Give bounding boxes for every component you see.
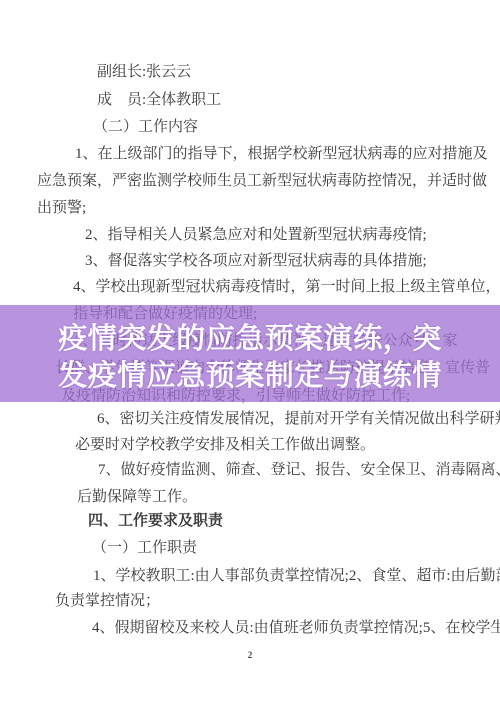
doc-line-item4: 4、学校出现新型冠状病毒疫情时，第一时间上报上级主管单位， <box>37 279 500 296</box>
doc-line-deputy-leader: 副组长:张云云 <box>37 64 500 81</box>
doc-line-item7: 7、做好疫情监测、筛查、登记、报告、安全保卫、消毒隔离、 <box>37 462 500 479</box>
document-page: 副组长:张云云 成 员:全体教职工 （二）工作内容 1、在上级部门的指导下，根据… <box>0 0 500 707</box>
doc-heading-work-content: （二）工作内容 <box>37 119 500 136</box>
doc-heading-duties: （一）工作职责 <box>37 540 500 557</box>
doc-line-item3: 3、督促落实学校各项应对新型冠状病毒的具体措施; <box>37 253 500 270</box>
doc-line-duty1: 1、学校教职工:由人事部负责掌控情况;2、食堂、超市:由后勤部 <box>37 568 500 585</box>
doc-heading-requirements: 四、工作要求及职责 <box>37 513 500 530</box>
doc-line-item6: 6、密切关注疫情发展情况，提前对开学有关情况做出科学研判， <box>37 411 500 428</box>
doc-line-members: 成 员:全体教职工 <box>37 92 500 109</box>
doc-line-item1-wrap2: 出预警; <box>37 200 467 217</box>
doc-line-item6-wrap: 必要时对学校教学安排及相关工作做出调整。 <box>37 437 500 454</box>
headline-overlay-banner: 疫情突发的应急预案演练，突 发疫情应急预案制定与演练情 <box>0 305 500 402</box>
doc-line-item1-wrap1: 应急预案，严密监测学校师生员工新型冠状病毒防控情况，并适时做 <box>37 173 467 190</box>
headline-line-1: 疫情突发的应急预案演练，突 <box>0 316 500 357</box>
doc-line-duty4: 4、假期留校及来校人员:由值班老师负责掌控情况;5、在校学生: <box>37 620 500 637</box>
doc-line-item7-wrap: 后勤保障等工作。 <box>37 489 500 506</box>
headline-line-2: 发疫情应急预案制定与演练情 <box>0 353 500 394</box>
doc-line-item1: 1、在上级部门的指导下，根据学校新型冠状病毒的应对措施及 <box>37 146 500 163</box>
page-number: 2 <box>0 650 500 660</box>
doc-line-duty1-wrap: 负责掌控情况； <box>37 593 485 610</box>
doc-line-item2: 2、指导相关人员紧急应对和处置新型冠状病毒疫情; <box>37 227 500 244</box>
